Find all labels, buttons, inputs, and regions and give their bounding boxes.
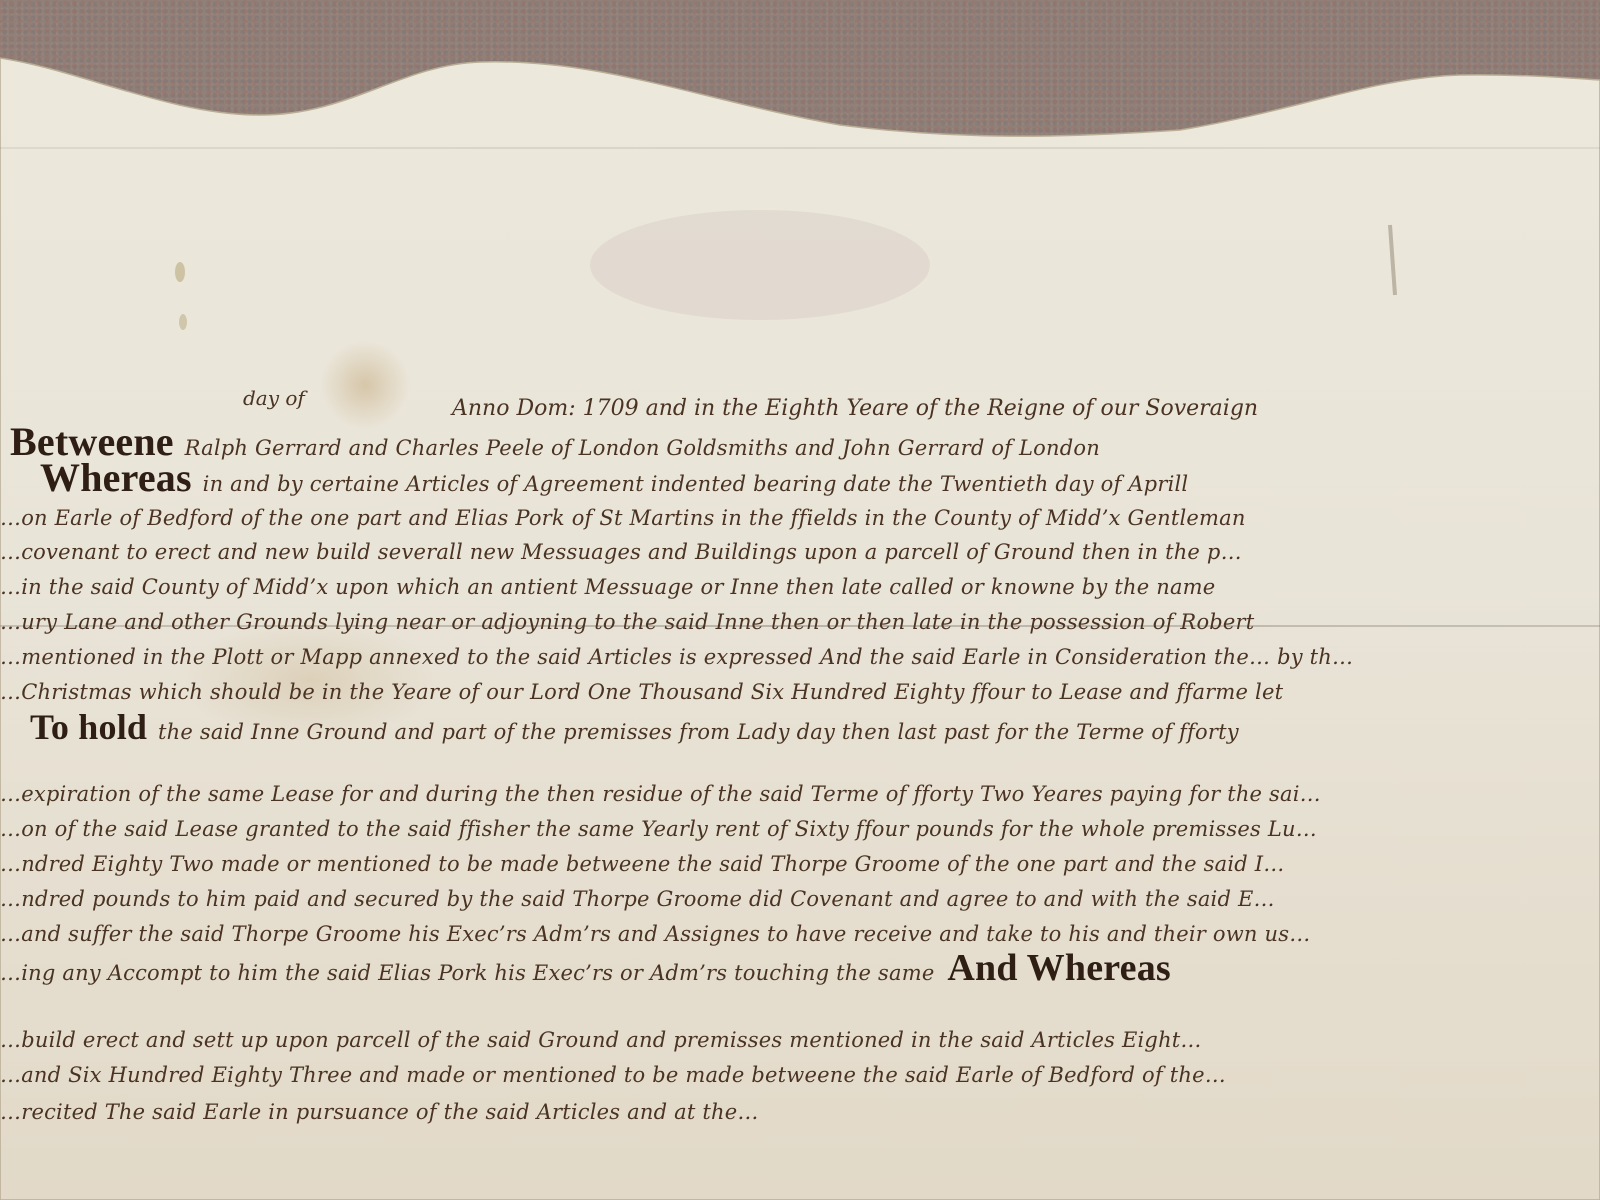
text-line: …Christmas which should be in the Yeare … [0, 680, 1600, 704]
text-line: …on of the said Lease granted to the sai… [0, 817, 1600, 841]
parchment-document [0, 0, 1600, 1200]
fold-crease [0, 147, 1600, 149]
to-hold-heading: To hold [30, 707, 147, 747]
whereas-heading: Whereas [40, 455, 192, 500]
text-line: …covenant to erect and new build several… [0, 540, 1600, 564]
text-line: …and Six Hundred Eighty Three and made o… [0, 1063, 1600, 1087]
text-line: …ing any Accompt to him the said Elias P… [0, 946, 1600, 990]
and-whereas-heading: And Whereas [947, 947, 1171, 989]
text-line: …in the said County of Midd’x upon which… [0, 575, 1600, 599]
text-line: …mentioned in the Plott or Mapp annexed … [0, 645, 1600, 669]
day-of-note: day of [243, 386, 305, 410]
text-line: …expiration of the same Lease for and du… [0, 782, 1600, 806]
text-line: …build erect and sett up upon parcell of… [0, 1028, 1600, 1052]
text-line: …ury Lane and other Grounds lying near o… [0, 610, 1600, 634]
text-line: Whereas in and by certaine Articles of A… [40, 454, 1600, 501]
parchment-shape [0, 0, 1600, 1200]
text-line: …recited The said Earle in pursuance of … [0, 1100, 1600, 1124]
text-line: …ndred pounds to him paid and secured by… [0, 887, 1600, 911]
text-line: …and suffer the said Thorpe Groome his E… [0, 922, 1600, 946]
water-stain [320, 340, 410, 430]
text-line: To hold the said Inne Ground and part of… [30, 706, 1600, 748]
text-line: …on Earle of Bedford of the one part and… [0, 506, 1600, 530]
text-line: …ndred Eighty Two made or mentioned to b… [0, 852, 1600, 876]
